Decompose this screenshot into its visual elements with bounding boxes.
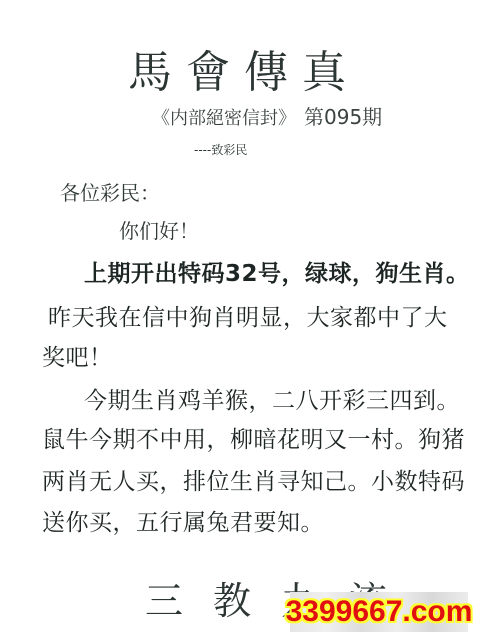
letter-line: 送你买，五行属兔君要知。	[42, 504, 324, 537]
issue-number: 第095期	[304, 105, 382, 129]
letter-line: 鼠牛今期不中用，柳暗花明又一村。狗猪	[42, 421, 465, 454]
document-title: 馬會傳真	[128, 36, 360, 100]
letter-line: 两肖无人买，排位生肖寻知己。小数特码	[42, 463, 465, 496]
watermark-text: 3399667.com	[286, 595, 473, 629]
salutation: 各位彩民：	[60, 177, 160, 206]
subtitle: 《内部絕密信封》第095期	[152, 101, 382, 130]
letter-line: 昨天我在信中狗肖明显，大家都中了大	[48, 299, 448, 332]
watermark-banner: 3399667.com	[290, 592, 468, 632]
greeting: 你们好！	[119, 215, 199, 244]
subtitle-label: 《内部絕密信封》	[152, 108, 296, 129]
signature: ----致彩民	[194, 141, 247, 158]
letter-line: 上期开出特码32号，绿球，狗生肖。	[84, 255, 470, 288]
letter-line: 今期生肖鸡羊猴，二八开彩三四到。	[84, 382, 460, 415]
letter-line: 奖吧！	[42, 339, 113, 372]
